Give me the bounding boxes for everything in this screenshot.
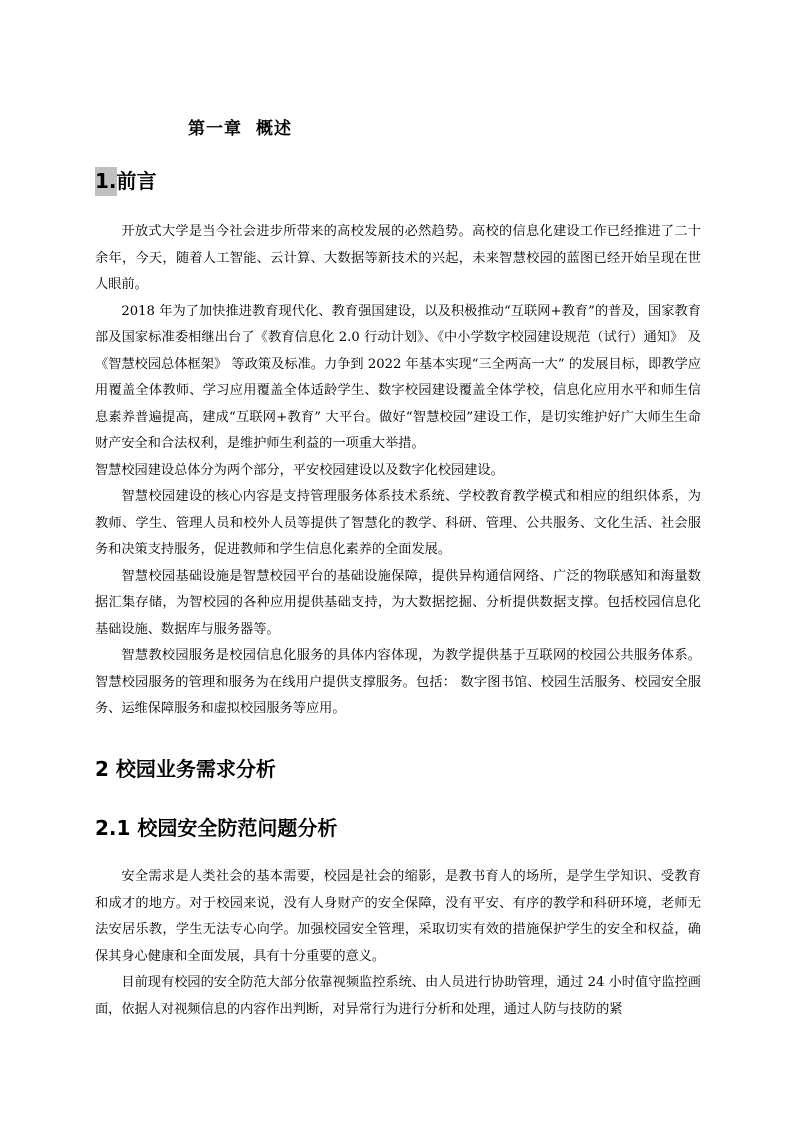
document-page: 第一章概述 1.前言 开放式大学是当今社会进步所带来的高校发展的必然趋势。高校的…	[0, 0, 793, 1122]
section-heading-1: 1.前言	[95, 167, 157, 195]
section-title: 前言	[117, 169, 157, 193]
section-number-highlighted: 1.	[95, 167, 117, 196]
section-1-body: 开放式大学是当今社会进步所带来的高校发展的必然趋势。高校的信息化建设工作已经推进…	[95, 219, 701, 723]
paragraph: 安全需求是人类社会的基本需要，校园是社会的缩影，是教书育人的场所，是学生学知识、…	[95, 864, 701, 970]
section-number: 2.1	[95, 816, 130, 840]
section-title: 校园安全防范问题分析	[137, 816, 337, 840]
chapter-title: 第一章概述	[188, 114, 292, 139]
paragraph: 智慧教校园服务是校园信息化服务的具体内容体现，为教学提供基于互联网的校园公共服务…	[95, 643, 701, 723]
section-heading-2: 2 校园业务需求分析	[95, 755, 276, 783]
section-number: 2	[95, 757, 109, 781]
paragraph: 2018 年为了加快推进教育现代化、教育强国建设，以及积极推动“互联网+教育”的…	[95, 299, 701, 458]
paragraph: 智慧校园建设总体分为两个部分，平安校园建设以及数字化校园建设。	[95, 458, 701, 485]
paragraph: 目前现有校园的安全防范大部分依靠视频监控系统、由人员进行协助管理，通过 24 小…	[95, 970, 701, 1023]
paragraph: 智慧校园建设的核心内容是支持管理服务体系技术系统、学校教育教学模式和相应的组织体…	[95, 484, 701, 564]
section-title: 校园业务需求分析	[116, 757, 276, 781]
chapter-label: 第一章	[188, 119, 242, 139]
paragraph: 开放式大学是当今社会进步所带来的高校发展的必然趋势。高校的信息化建设工作已经推进…	[95, 219, 701, 299]
chapter-name: 概述	[256, 119, 292, 139]
section-2-1-body: 安全需求是人类社会的基本需要，校园是社会的缩影，是教书育人的场所，是学生学知识、…	[95, 864, 701, 1023]
paragraph: 智慧校园基础设施是智慧校园平台的基础设施保障，提供异构通信网络、广泛的物联感知和…	[95, 564, 701, 644]
section-heading-2-1: 2.1 校园安全防范问题分析	[95, 814, 337, 842]
